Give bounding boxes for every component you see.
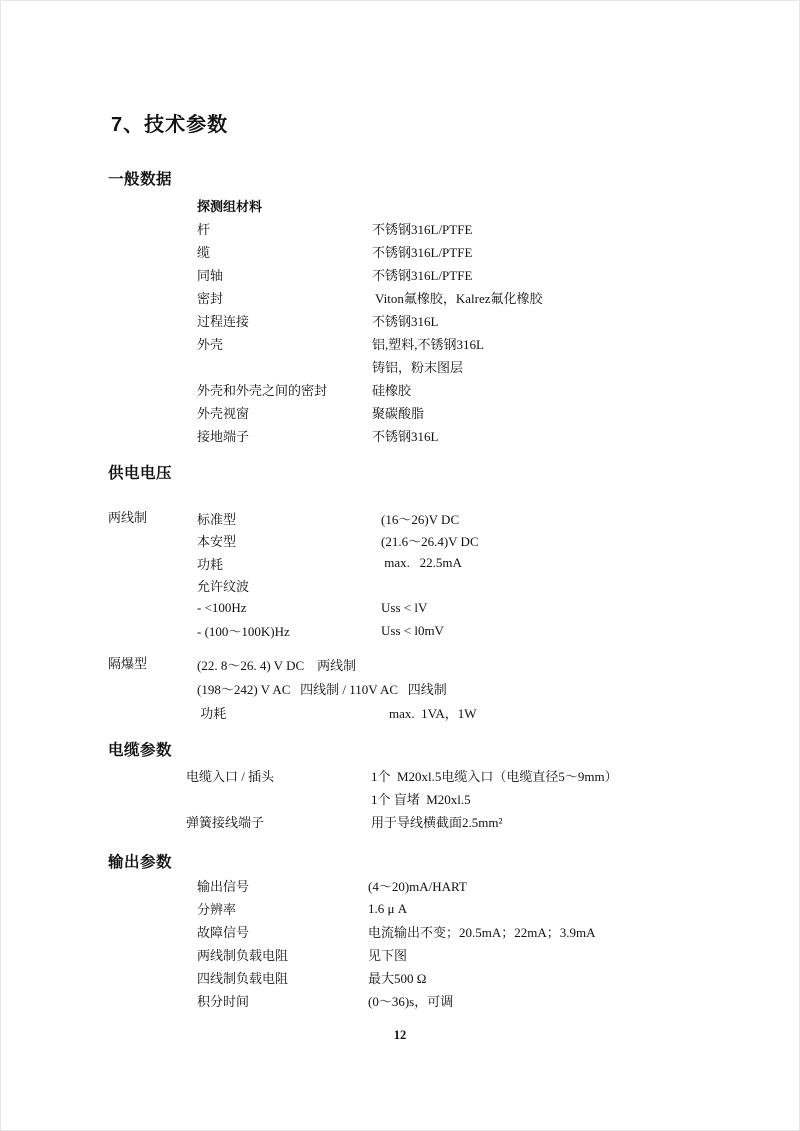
- output-rows: 输出信号(4～20)mA/HART 分辨率1.6 μ A 故障信号电流输出不变；…: [197, 874, 596, 1012]
- general-subheading: 探测组材料: [197, 196, 262, 218]
- spec-label: 输出信号: [197, 876, 368, 895]
- spec-value: (22. 8～26. 4) V DC 两线制: [197, 655, 356, 674]
- spec-label: 杆: [197, 219, 372, 238]
- spec-value: max. 22.5mA: [381, 555, 462, 571]
- spec-row: 标准型(16～26)V DC: [197, 507, 479, 530]
- spec-value: (0～36)s，可调: [368, 991, 453, 1010]
- document-page: 7、技术参数 一般数据 探测组材料 杆不锈钢316L/PTFE 缆不锈钢316L…: [0, 0, 800, 1131]
- spec-row: (22. 8～26. 4) V DC 两线制: [197, 652, 477, 676]
- spec-row: 分辨率1.6 μ A: [197, 897, 596, 920]
- spec-row: 杆不锈钢316L/PTFE: [197, 217, 543, 240]
- spec-value: (198～242) V AC 四线制 / 110V AC 四线制: [197, 679, 447, 698]
- spec-value: 1个 M20xl.5电缆入口（电缆直径5～9mm）: [371, 766, 618, 785]
- spec-value: (21.6～26.4)V DC: [381, 531, 479, 550]
- section-heading-general: 一般数据: [108, 167, 172, 189]
- spec-row: - <100HzUss < lV: [197, 597, 479, 620]
- spec-value: Viton氟橡胶，Kalrez氟化橡胶: [372, 288, 543, 307]
- spec-row: 本安型(21.6～26.4)V DC: [197, 530, 479, 553]
- spec-label: - <100Hz: [197, 600, 381, 616]
- spec-value: 不锈钢316L/PTFE: [372, 242, 472, 261]
- spec-label: 外壳视窗: [197, 403, 372, 422]
- spec-row: 四线制负载电阻最大500 Ω: [197, 966, 596, 989]
- spec-row: 缆不锈钢316L/PTFE: [197, 240, 543, 263]
- spec-value: max. 1VA，1W: [389, 703, 477, 722]
- spec-label: 四线制负载电阻: [197, 968, 368, 987]
- spec-row: 外壳和外壳之间的密封硅橡胶: [197, 378, 543, 401]
- spec-row: 1个 盲堵 M20xl.5: [186, 787, 618, 810]
- section-heading-cable: 电缆参数: [108, 738, 172, 760]
- spec-value: 1个 盲堵 M20xl.5: [371, 789, 471, 808]
- spec-value: 不锈钢316L: [372, 426, 438, 445]
- general-rows: 杆不锈钢316L/PTFE 缆不锈钢316L/PTFE 同轴不锈钢316L/PT…: [197, 217, 543, 447]
- spec-value: 1.6 μ A: [368, 901, 407, 917]
- spec-row: 功耗max. 1VA，1W: [197, 700, 477, 724]
- spec-row: 允许纹波: [197, 575, 479, 598]
- spec-label: 本安型: [197, 531, 381, 550]
- cable-rows: 电缆入口 / 插头1个 M20xl.5电缆入口（电缆直径5～9mm） 1个 盲堵…: [186, 764, 618, 833]
- spec-label: 同轴: [197, 265, 372, 284]
- section-heading-power: 供电电压: [108, 461, 172, 483]
- spec-value: 见下图: [368, 945, 407, 964]
- spec-row: (198～242) V AC 四线制 / 110V AC 四线制: [197, 676, 477, 700]
- spec-label: 外壳和外壳之间的密封: [197, 380, 372, 399]
- spec-row: 外壳视窗聚碳酸脂: [197, 401, 543, 424]
- spec-row: - (100～100K)HzUss < l0mV: [197, 620, 479, 643]
- two-wire-label: 两线制: [108, 507, 147, 530]
- spec-value: 铸铝，粉末图层: [372, 357, 463, 376]
- spec-value: Uss < l0mV: [381, 623, 444, 639]
- page-title: 7、技术参数: [111, 108, 228, 137]
- spec-label: - (100～100K)Hz: [197, 621, 381, 640]
- spec-value: 电流输出不变；20.5mA；22mA；3.9mA: [368, 922, 596, 941]
- spec-row: 接地端子不锈钢316L: [197, 424, 543, 447]
- spec-value: 硅橡胶: [372, 380, 411, 399]
- spec-value: 不锈钢316L/PTFE: [372, 265, 472, 284]
- spec-label: 过程连接: [197, 311, 372, 330]
- spec-value: 最大500 Ω: [368, 968, 426, 987]
- spec-label: 缆: [197, 242, 372, 261]
- spec-label: 接地端子: [197, 426, 372, 445]
- spec-row: 输出信号(4～20)mA/HART: [197, 874, 596, 897]
- page-number: 12: [1, 1028, 799, 1043]
- spec-label: 功耗: [197, 554, 381, 573]
- spec-label: 标准型: [197, 509, 381, 528]
- two-wire-block: 两线制 标准型(16～26)V DC 本安型(21.6～26.4)V DC 功耗…: [108, 507, 479, 642]
- spec-row: 同轴不锈钢316L/PTFE: [197, 263, 543, 286]
- spec-label: 两线制负载电阻: [197, 945, 368, 964]
- spec-value: 不锈钢316L/PTFE: [372, 219, 472, 238]
- section-heading-output: 输出参数: [108, 850, 172, 872]
- spec-row: 积分时间(0～36)s，可调: [197, 989, 596, 1012]
- spec-row: 过程连接不锈钢316L: [197, 309, 543, 332]
- spec-label: 允许纹波: [197, 576, 381, 595]
- spec-label: 功耗: [197, 703, 389, 722]
- spec-value: (4～20)mA/HART: [368, 876, 467, 895]
- spec-value: 不锈钢316L: [372, 311, 438, 330]
- spec-row: 功耗 max. 22.5mA: [197, 552, 479, 575]
- spec-row: 故障信号电流输出不变；20.5mA；22mA；3.9mA: [197, 920, 596, 943]
- spec-label: 分辨率: [197, 899, 368, 918]
- spec-value: (16～26)V DC: [381, 509, 459, 528]
- ex-proof-block: 隔爆型 (22. 8～26. 4) V DC 两线制 (198～242) V A…: [108, 652, 477, 724]
- spec-value: 聚碳酸脂: [372, 403, 424, 422]
- ex-proof-label: 隔爆型: [108, 652, 147, 676]
- spec-label: 外壳: [197, 334, 372, 353]
- spec-value: 用于导线横截面2.5mm²: [371, 812, 502, 831]
- spec-row: 电缆入口 / 插头1个 M20xl.5电缆入口（电缆直径5～9mm）: [186, 764, 618, 787]
- spec-row: 外壳铝,塑料,不锈钢316L: [197, 332, 543, 355]
- spec-label: 弹簧接线端子: [186, 812, 371, 831]
- spec-row: 两线制负载电阻见下图: [197, 943, 596, 966]
- spec-value: Uss < lV: [381, 600, 427, 616]
- spec-label: 密封: [197, 288, 372, 307]
- spec-row: 密封 Viton氟橡胶，Kalrez氟化橡胶: [197, 286, 543, 309]
- spec-row: 铸铝，粉末图层: [197, 355, 543, 378]
- spec-row: 弹簧接线端子用于导线横截面2.5mm²: [186, 810, 618, 833]
- spec-label: 电缆入口 / 插头: [186, 766, 371, 785]
- spec-label: 故障信号: [197, 922, 368, 941]
- spec-value: 铝,塑料,不锈钢316L: [372, 334, 484, 353]
- spec-label: 积分时间: [197, 991, 368, 1010]
